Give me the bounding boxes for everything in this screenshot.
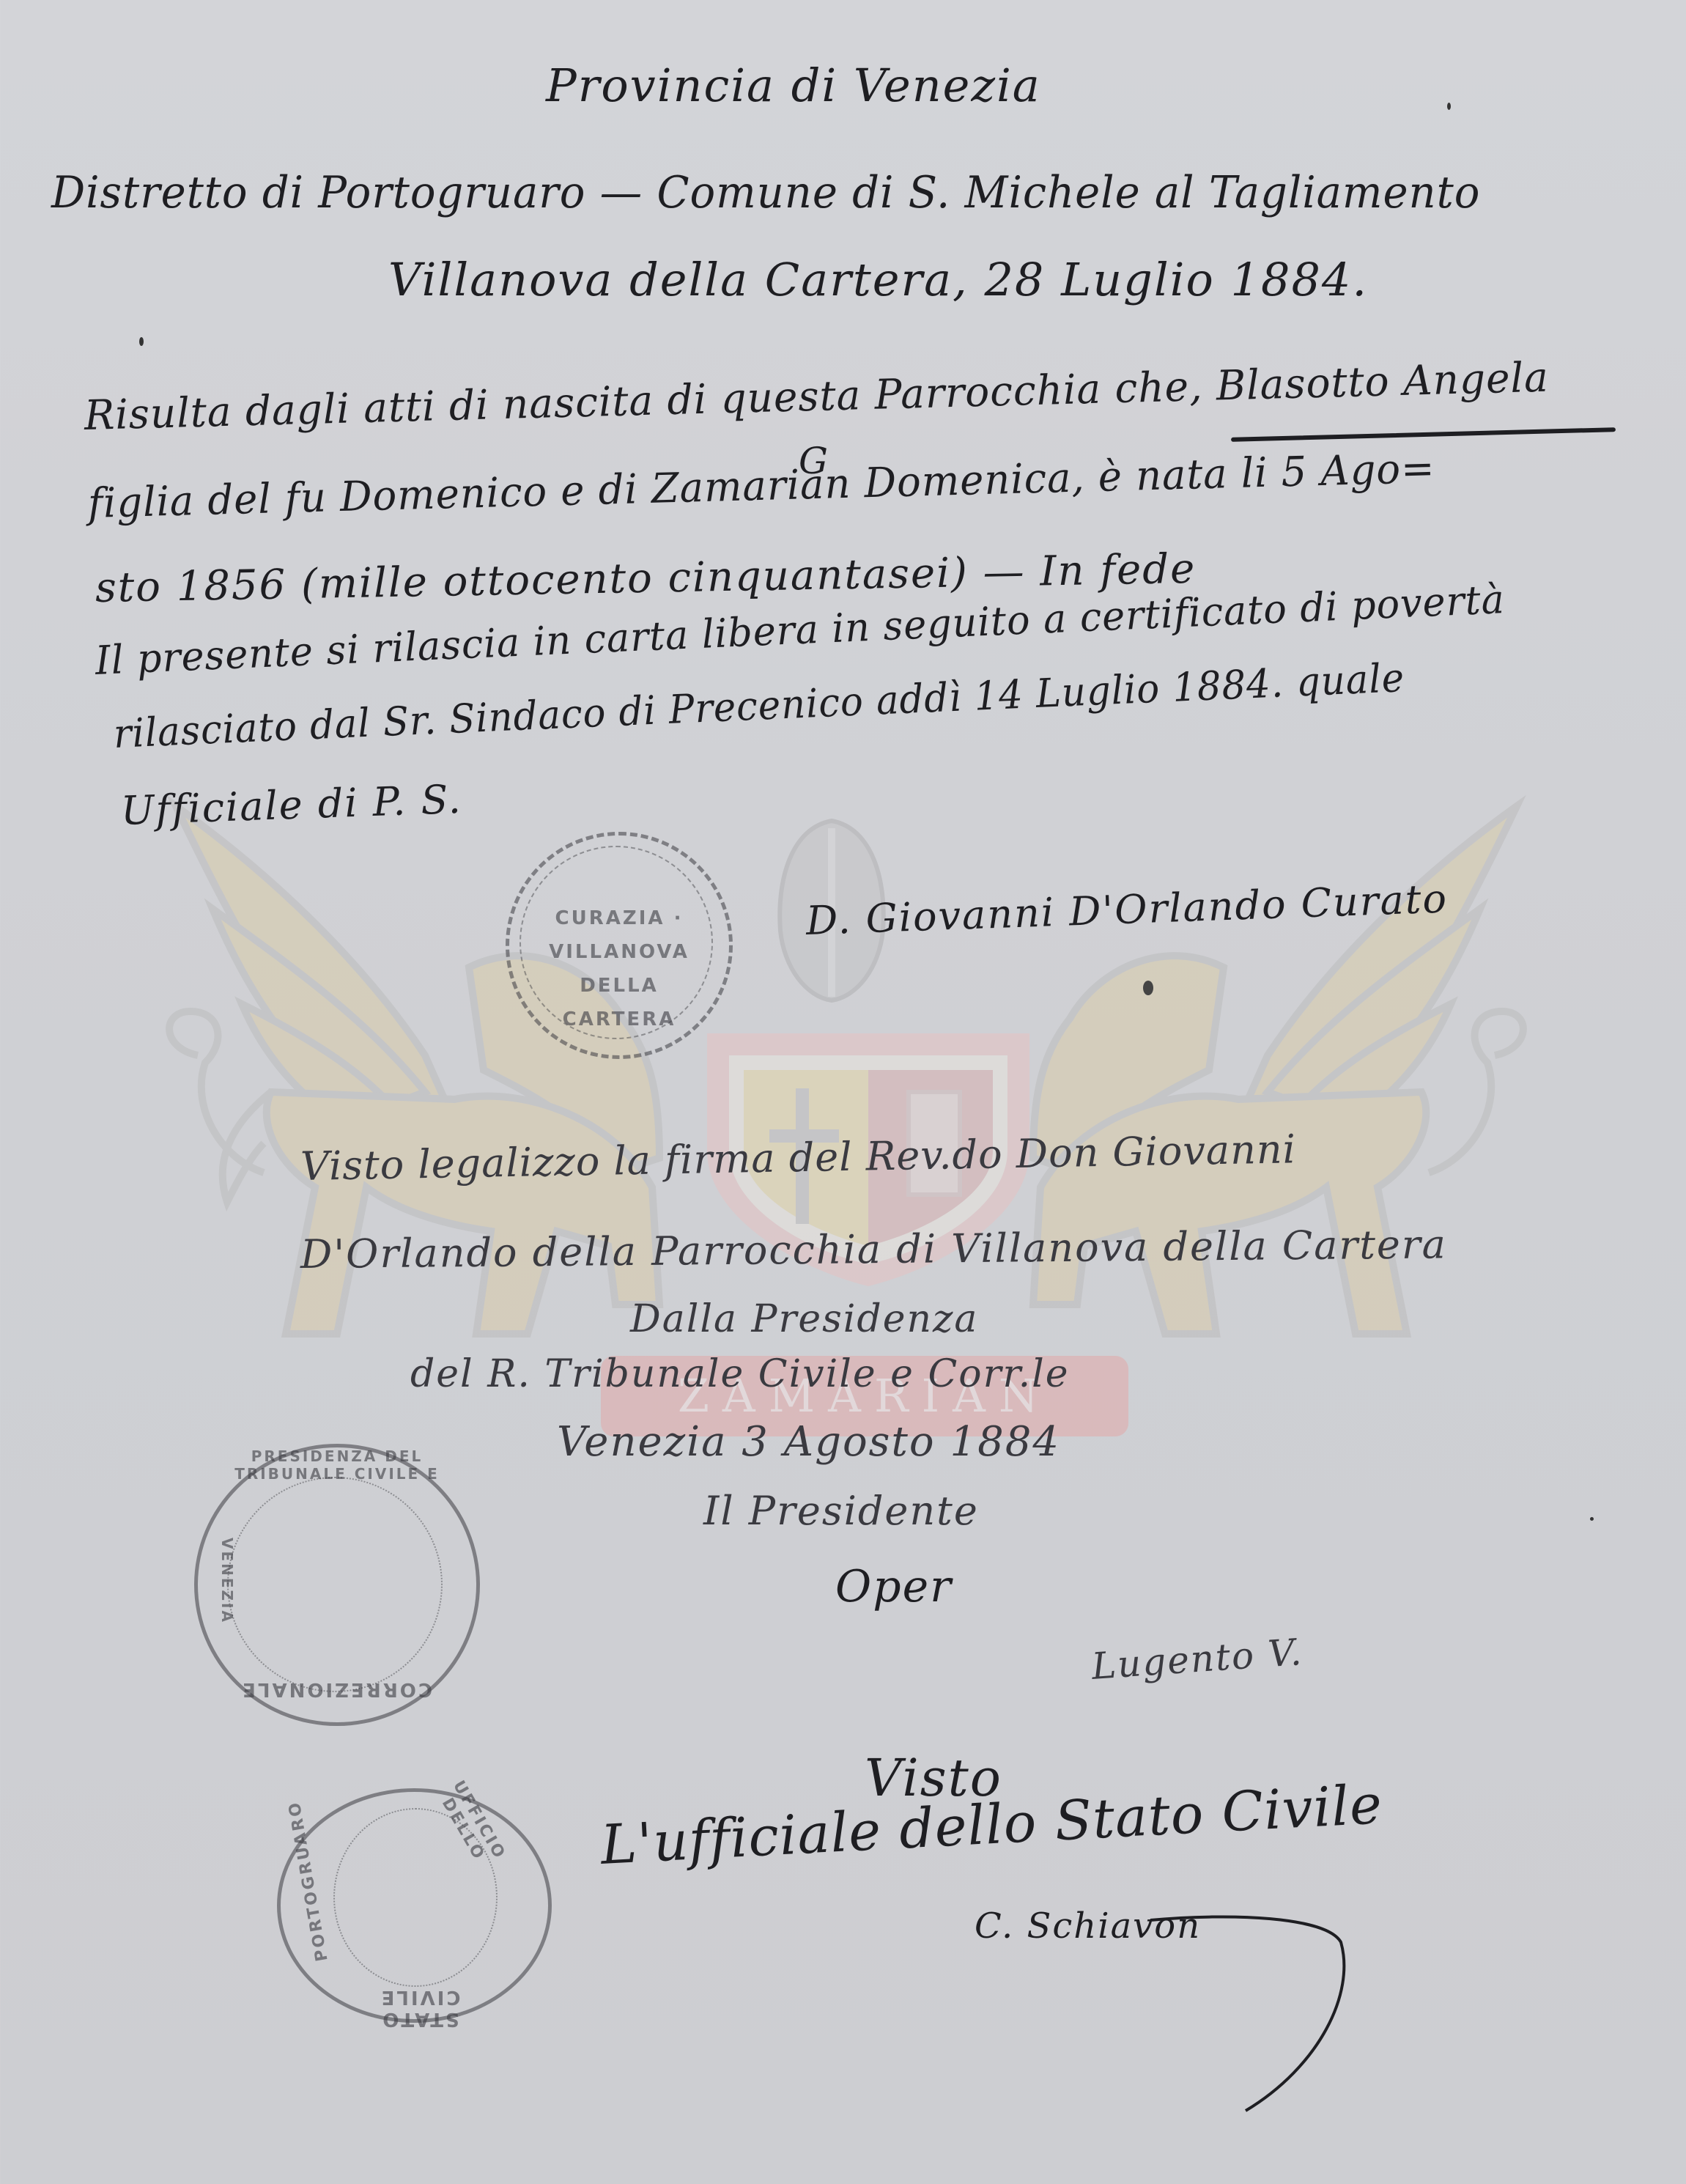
subject-name-underline — [1231, 427, 1616, 442]
ink-speck — [1447, 103, 1451, 110]
parish-stamp-text: CURAZIA · VILLANOVA DELLA CARTERA — [531, 901, 707, 1036]
tribunal-stamp-left-text: VENEZIA — [218, 1522, 236, 1639]
legalization-line-6: Il Presidente — [703, 1488, 979, 1534]
header-district-line: Distretto di Portogruaro — Comune di S. … — [51, 167, 1480, 218]
tribunal-stamp-bottom-text: CORREZIONALE — [242, 1678, 432, 1700]
legalization-line-4: del R. Tribunale Civile e Corr.le — [410, 1352, 1070, 1396]
president-signature: Oper — [835, 1561, 953, 1612]
tribunal-stamp: PRESIDENZA DEL TRIBUNALE CIVILE E CORREZ… — [194, 1444, 480, 1726]
signature-flourish-icon — [1143, 1898, 1378, 2118]
header-province: Provincia di Venezia — [546, 59, 1041, 112]
tribunal-stamp-top-text: PRESIDENZA DEL TRIBUNALE CIVILE E — [205, 1447, 469, 1483]
civil-stamp-bottom-text: STATO CIVILE — [347, 1986, 493, 2030]
civil-stamp-left-text: PORTOGRUARO — [288, 1815, 331, 1963]
body-line-2: figlia del fu Domenico e di Zamarian Dom… — [87, 445, 1435, 528]
document-page: ZAMARIAN CURAZIA · VILLANOVA DELLA CARTE… — [0, 0, 1686, 2184]
ink-speck — [139, 337, 144, 346]
ink-speck — [1143, 981, 1153, 995]
ink-speck — [1590, 1517, 1594, 1521]
legalization-line-3: Dalla Presidenza — [630, 1297, 978, 1341]
legalization-line-5: Venezia 3 Agosto 1884 — [557, 1418, 1060, 1466]
body-line-1: Risulta dagli atti di nascita di questa … — [84, 354, 1549, 440]
parish-stamp: CURAZIA · VILLANOVA DELLA CARTERA — [506, 832, 733, 1059]
header-place-date: Villanova della Cartera, 28 Luglio 1884. — [388, 253, 1368, 306]
civil-status-stamp: UFFICIO DELLO STATO CIVILE PORTOGRUARO — [277, 1788, 552, 2023]
watermark-winged-lion-right-icon — [975, 777, 1561, 1378]
second-signature: Lugento V. — [1090, 1631, 1304, 1688]
